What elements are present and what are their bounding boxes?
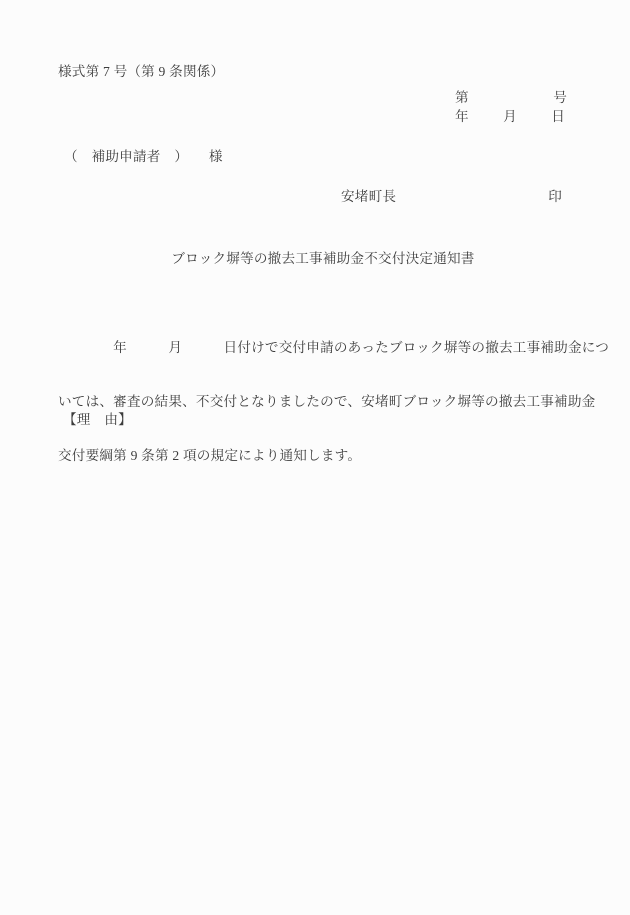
- doc-number-suffix-label: 号: [553, 90, 567, 106]
- date-year-label: 年: [455, 109, 469, 125]
- body-line-3: 交付要綱第 9 条第 2 項の規定により通知します。: [58, 445, 603, 467]
- date-month-label: 月: [503, 109, 517, 125]
- body-line-2: いては、審査の結果、不交付となりましたので、安堵町ブロック塀等の撤去工事補助金: [58, 391, 603, 413]
- notice-document-page: 様式第 7 号（第 9 条関係） 第 号 年 月 日 （ 補助申請者 ） 様 安…: [0, 0, 630, 915]
- seal-placeholder-label: 印: [548, 189, 562, 205]
- body-line-1: 年 月 日付けで交付申請のあったブロック塀等の撤去工事補助金につ: [58, 337, 603, 359]
- sender-line: 安堵町長 印: [341, 189, 562, 205]
- sender-name-label: 安堵町長: [341, 189, 396, 205]
- reason-section-label: 【理 由】: [63, 412, 132, 428]
- doc-number-prefix-label: 第: [455, 90, 469, 106]
- date-line: 年 月 日: [455, 109, 565, 125]
- form-number-caption: 様式第 7 号（第 9 条関係）: [58, 64, 224, 80]
- document-title: ブロック塀等の撤去工事補助金不交付決定通知書: [8, 251, 630, 267]
- body-paragraph: 年 月 日付けで交付申請のあったブロック塀等の撤去工事補助金につ いては、審査の…: [58, 305, 603, 498]
- addressee-line: （ 補助申請者 ） 様: [64, 149, 223, 165]
- date-day-label: 日: [551, 109, 565, 125]
- document-number-line: 第 号: [455, 90, 567, 106]
